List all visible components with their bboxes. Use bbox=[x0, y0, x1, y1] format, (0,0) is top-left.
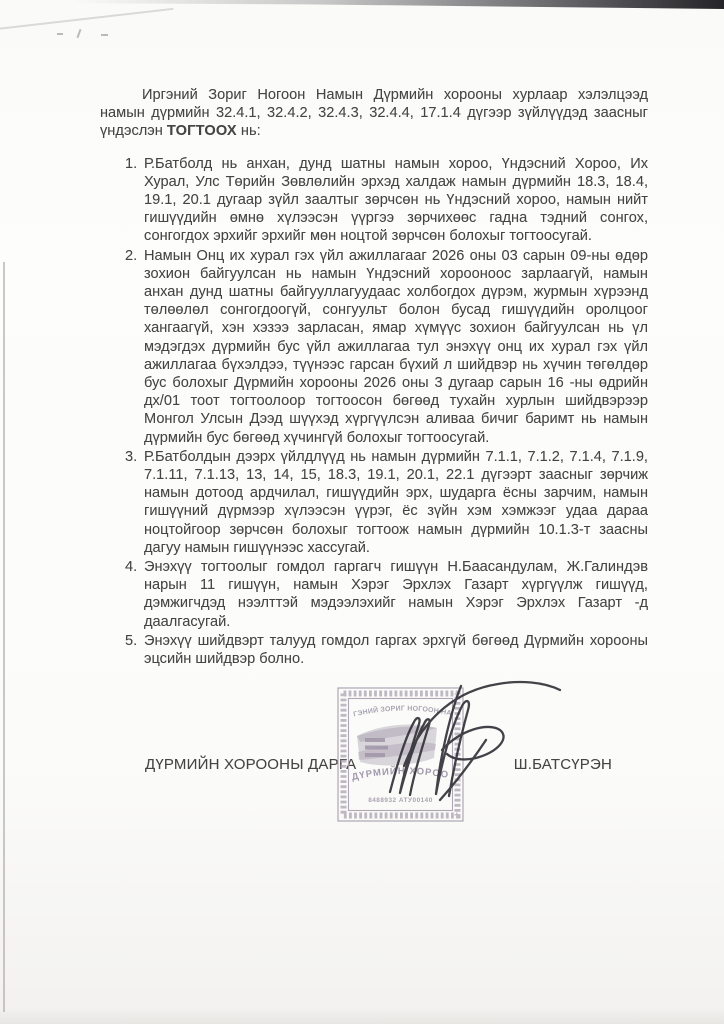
scan-artifact-diagonal bbox=[0, 8, 174, 30]
list-item: 5. Энэхүү шийдвэрт талууд гомдол гаргах … bbox=[100, 632, 648, 668]
list-item-text: Р.Батболд нь анхан, дунд шатны намын хор… bbox=[144, 155, 648, 246]
list-item-text: Энэхүү тогтоолыг гомдол гаргагч гишүүн Н… bbox=[144, 558, 648, 631]
scan-artifact-left-line bbox=[3, 262, 5, 1012]
intro-keyword: ТОГТООХ bbox=[167, 123, 237, 139]
list-item-text: Энэхүү шийдвэрт талууд гомдол гаргах эрх… bbox=[144, 632, 648, 668]
list-item-number: 4. bbox=[125, 558, 144, 631]
list-item-text: Намын Онц их хурал гэх үйл ажиллагааг 20… bbox=[144, 247, 648, 447]
list-item-number: 5. bbox=[125, 632, 144, 668]
pencil-mark bbox=[57, 33, 63, 35]
resolution-list: 1. Р.Батболд нь анхан, дунд шатны намын … bbox=[100, 155, 648, 669]
list-item-number: 3. bbox=[125, 448, 144, 557]
list-item: 3. Р.Батболдын дээрх үйлдлүүд нь намын д… bbox=[100, 448, 648, 557]
list-item: 4. Энэхүү тогтоолыг гомдол гаргагч гишүү… bbox=[100, 558, 648, 631]
list-item-text: Р.Батболдын дээрх үйлдлүүд нь намын дүрм… bbox=[144, 448, 648, 557]
scan-artifact-top-edge bbox=[0, 0, 724, 9]
intro-tail: нь: bbox=[237, 123, 261, 139]
pencil-mark bbox=[101, 34, 108, 36]
intro-paragraph: Иргэний Зориг Ногоон Намын Дүрмийн хороо… bbox=[100, 86, 648, 141]
list-item-number: 1. bbox=[125, 155, 144, 246]
document-body: Иргэний Зориг Ногоон Намын Дүрмийн хороо… bbox=[100, 86, 648, 669]
pencil-mark bbox=[77, 29, 82, 38]
document-page: Иргэний Зориг Ногоон Намын Дүрмийн хороо… bbox=[0, 0, 724, 1024]
list-item: 1. Р.Батболд нь анхан, дунд шатны намын … bbox=[100, 155, 648, 246]
list-item: 2. Намын Онц их хурал гэх үйл ажиллагааг… bbox=[100, 247, 648, 447]
list-item-number: 2. bbox=[125, 247, 144, 447]
signature-title: ДҮРМИЙН ХОРООНЫ ДАРГА bbox=[145, 756, 356, 773]
scan-artifact-bottom-band bbox=[0, 1006, 724, 1024]
handwritten-signature bbox=[352, 670, 570, 802]
